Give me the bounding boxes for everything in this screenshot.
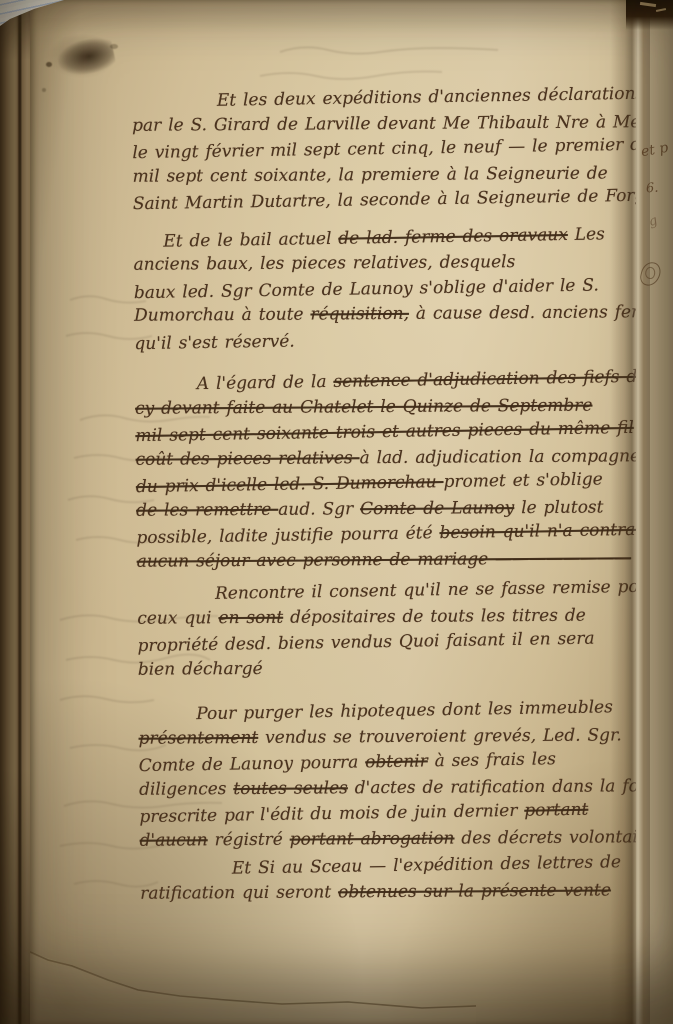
manuscript-page: Et les deux expéditions d'anciennes décl… [30,0,636,1024]
handwritten-text: qu'il s'est réservé. [134,331,295,354]
handwritten-text: promet et s'oblige [443,469,603,492]
ink-speck [42,88,46,92]
handwritten-text: propriété desd. biens vendus Quoi faisan… [137,629,594,657]
handwritten-text: baux led. Sgr Comte de Launoy s'oblige d… [134,275,599,303]
struck-text: de les remettre [136,499,278,520]
handwritten-text: régistré [208,829,290,850]
struck-text: portant abrogation [290,828,455,849]
struck-text: du prix d'icelle led. S. Dumorchau [136,472,444,497]
struck-text: Comte de Launoy [360,498,514,519]
handwritten-text: le plutost [514,497,603,518]
handwritten-text: Rencontre il consent qu'il ne se fasse r… [215,577,658,604]
manuscript-line: bien déchargé [138,654,640,683]
manuscript-line: aucun séjour avec personne de mariage ——… [137,546,639,575]
struck-text: présentement [138,727,258,748]
handwritten-text: par le S. Girard de Larville devant Me T… [132,111,673,135]
manuscript-line: d'aucun régistré portant abrogation des … [140,825,642,854]
handwritten-text: mil sept cent soixante, la premiere à la… [133,163,608,186]
manuscript-paragraph: Pour purger les hipoteques dont les imme… [138,696,642,854]
struck-text: mil sept cent soixante trois et autres p… [135,418,634,446]
struck-text: cy devant faite au Chatelet le Quinze de… [135,395,593,418]
handwritten-text: aud. Sgr [278,499,360,520]
handwritten-text: Comte de Launoy pourra [139,752,366,776]
manuscript-paragraph: Et de le bail actuel de lad. ferme des o… [133,223,636,356]
handwritten-text: Les [568,224,605,245]
handwritten-text: à ses frais les [428,749,557,771]
manuscript-text: Et les deux expéditions d'anciennes décl… [132,83,643,907]
struck-text: aucun séjour avec personne de mariage ——… [137,548,632,571]
struck-text: sentence d'adjudication des fiefs de Lar… [333,365,673,391]
book-binding-dark [626,0,673,30]
handwritten-text: A l'égard de la [197,372,334,394]
handwritten-text: des décrets volontaires [454,827,664,848]
handwritten-text: Pour purger les hipoteques dont les imme… [196,697,613,724]
manuscript-paragraph: Et les deux expéditions d'anciennes décl… [132,83,635,216]
handwritten-text: à lad. adjudication la compagne [359,446,640,468]
handwritten-text: ratification qui seront [140,882,338,903]
struck-text: réquisition, [310,304,409,325]
struck-text: coût des pieces relatives [136,448,360,470]
struck-text: d'aucun [140,830,208,850]
handwritten-text: à cause desd. anciens fermages [409,302,673,324]
struck-text: en sont [218,607,283,627]
struck-text: obtenir [365,751,428,772]
manuscript-paragraph: A l'égard de la sentence d'adjudication … [135,366,639,575]
page-edge-crevice [18,0,21,1024]
struck-text: besoin qu'il n'a contracté [439,519,662,543]
manuscript-paragraph: Et Si au Sceau — l'expédition des lettre… [140,851,643,907]
handwritten-text: Dumorchau à toute [134,305,311,326]
facing-page-fragment: 6. [645,181,658,197]
manuscript-line: ratification qui seront obtenues sur la … [140,878,642,907]
handwritten-text: Et de le bail actuel [163,228,338,251]
ink-speck [110,44,118,49]
struck-text: obtenues sur la présente vente [338,880,611,902]
struck-text: toutes seules [233,778,348,799]
paper-fleck [640,2,656,7]
paper-fleck [656,8,666,12]
manuscript-paragraph: Rencontre il consent qu'il ne se fasse r… [137,576,640,683]
handwritten-text: d'actes de ratification dans la forme [348,776,673,798]
handwritten-text: bien déchargé [138,658,263,679]
handwritten-text: Et les deux expéditions d'anciennes décl… [217,82,673,110]
handwritten-text: possible, ladite justifie pourra été [136,523,439,548]
manuscript-photo: Et les deux expéditions d'anciennes décl… [0,0,673,1024]
handwritten-text: anciens baux, les pieces relatives, desq… [134,252,516,275]
struck-text: de lad. ferme des oravaux [338,224,568,248]
handwritten-text: vendus se trouveroient grevés, Led. Sgr. [258,725,622,748]
ink-speck [46,62,52,67]
handwritten-text: Et Si au Sceau — l'expédition des lettre… [232,852,621,878]
handwritten-text: diligences [139,779,233,800]
handwritten-text: ceux qui [137,608,218,629]
handwritten-text: prescrite par l'édit du mois de juin der… [139,801,524,827]
handwritten-text: dépositaires de touts les titres de [283,605,586,627]
struck-text: portant [524,800,588,821]
ink-blot [55,35,117,80]
